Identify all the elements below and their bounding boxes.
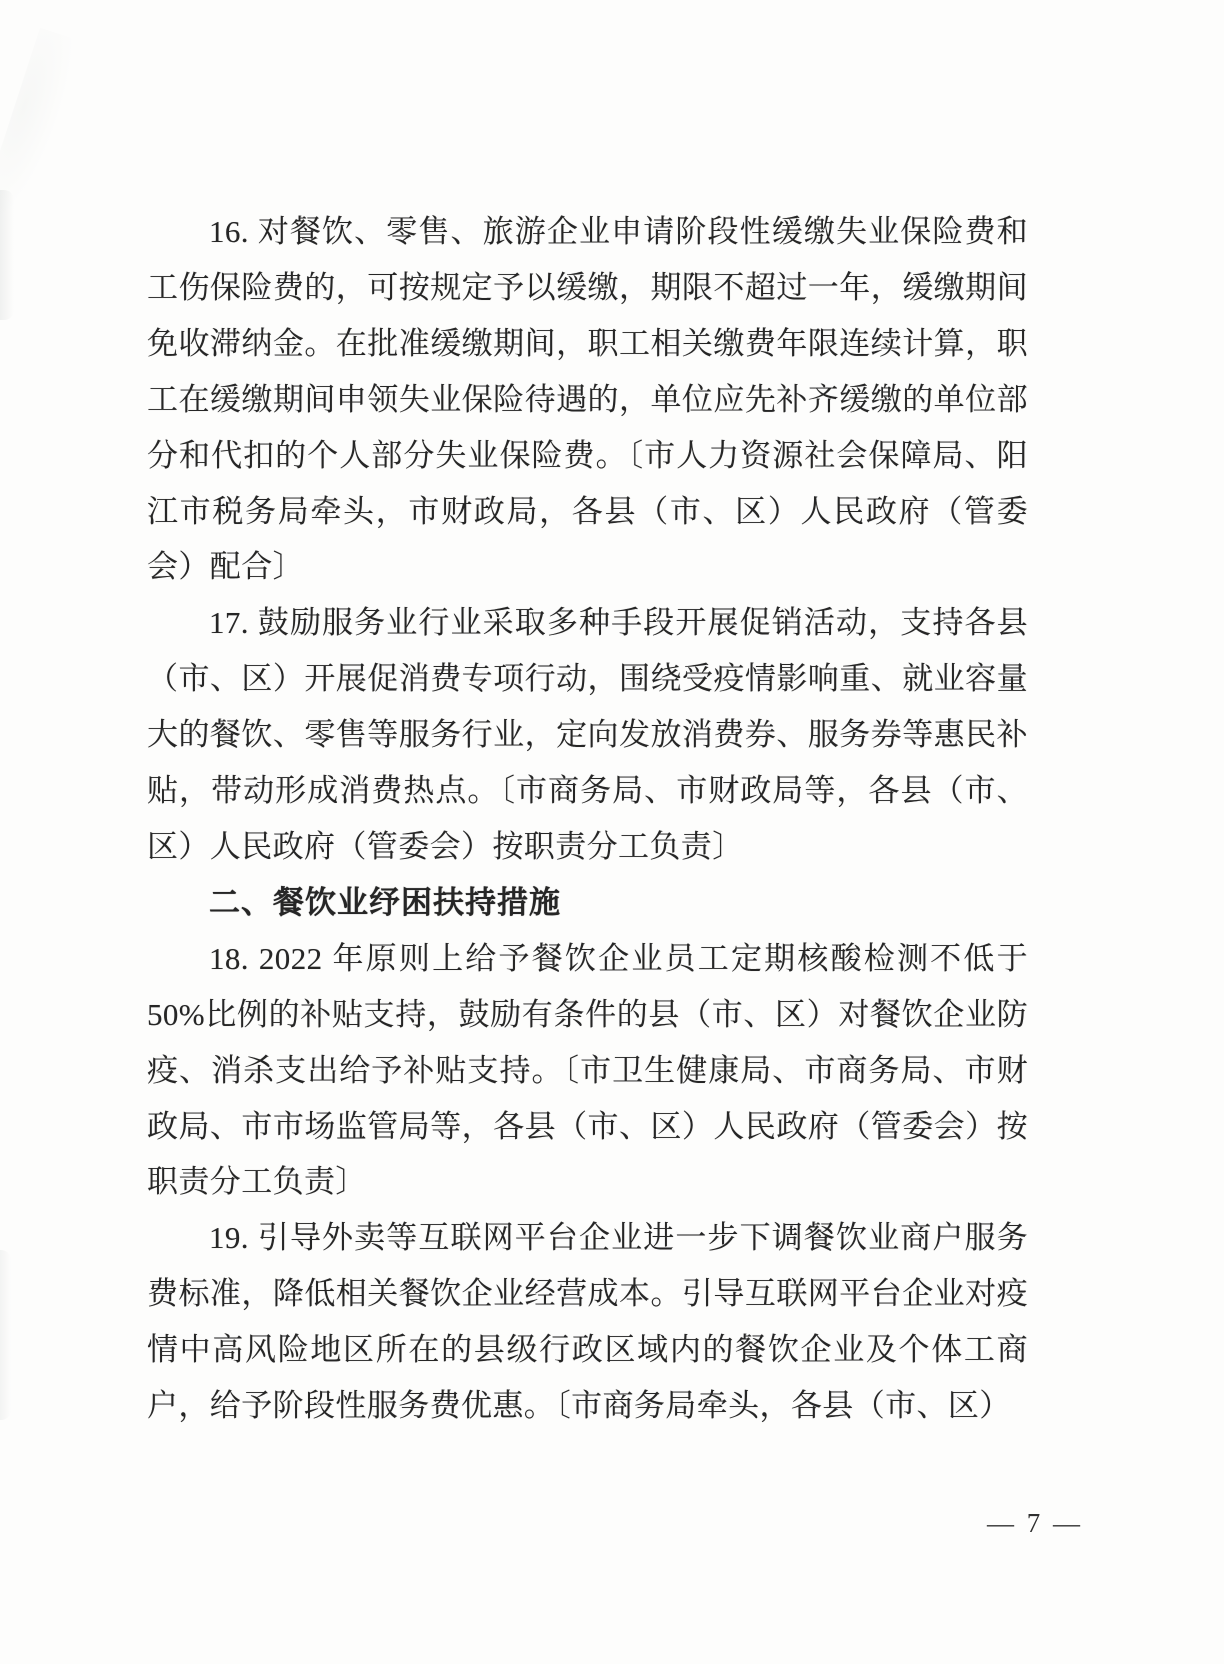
paragraph-item-19: 19. 引导外卖等互联网平台企业进一步下调餐饮业商户服务费标准，降低相关餐饮企业… (147, 1210, 1028, 1434)
scan-artifact (0, 28, 84, 232)
page-number: — 7 — (955, 1508, 1115, 1539)
paragraph-item-18: 18. 2022 年原则上给予餐饮企业员工定期核酸检测不低于50%比例的补贴支持… (147, 931, 1028, 1211)
scan-artifact (0, 1250, 11, 1420)
section-heading: 二、餐饮业纾困扶持措施 (147, 875, 1028, 931)
scanned-document-page: 16. 对餐饮、零售、旅游企业申请阶段性缓缴失业保险费和工伤保险费的，可按规定予… (0, 0, 1224, 1664)
document-body: 16. 对餐饮、零售、旅游企业申请阶段性缓缴失业保险费和工伤保险费的，可按规定予… (147, 204, 1028, 1434)
paragraph-item-17: 17. 鼓励服务业行业采取多种手段开展促销活动，支持各县（市、区）开展促消费专项… (147, 595, 1028, 875)
paragraph-item-16: 16. 对餐饮、零售、旅游企业申请阶段性缓缴失业保险费和工伤保险费的，可按规定予… (147, 204, 1028, 595)
scan-artifact (0, 190, 14, 320)
